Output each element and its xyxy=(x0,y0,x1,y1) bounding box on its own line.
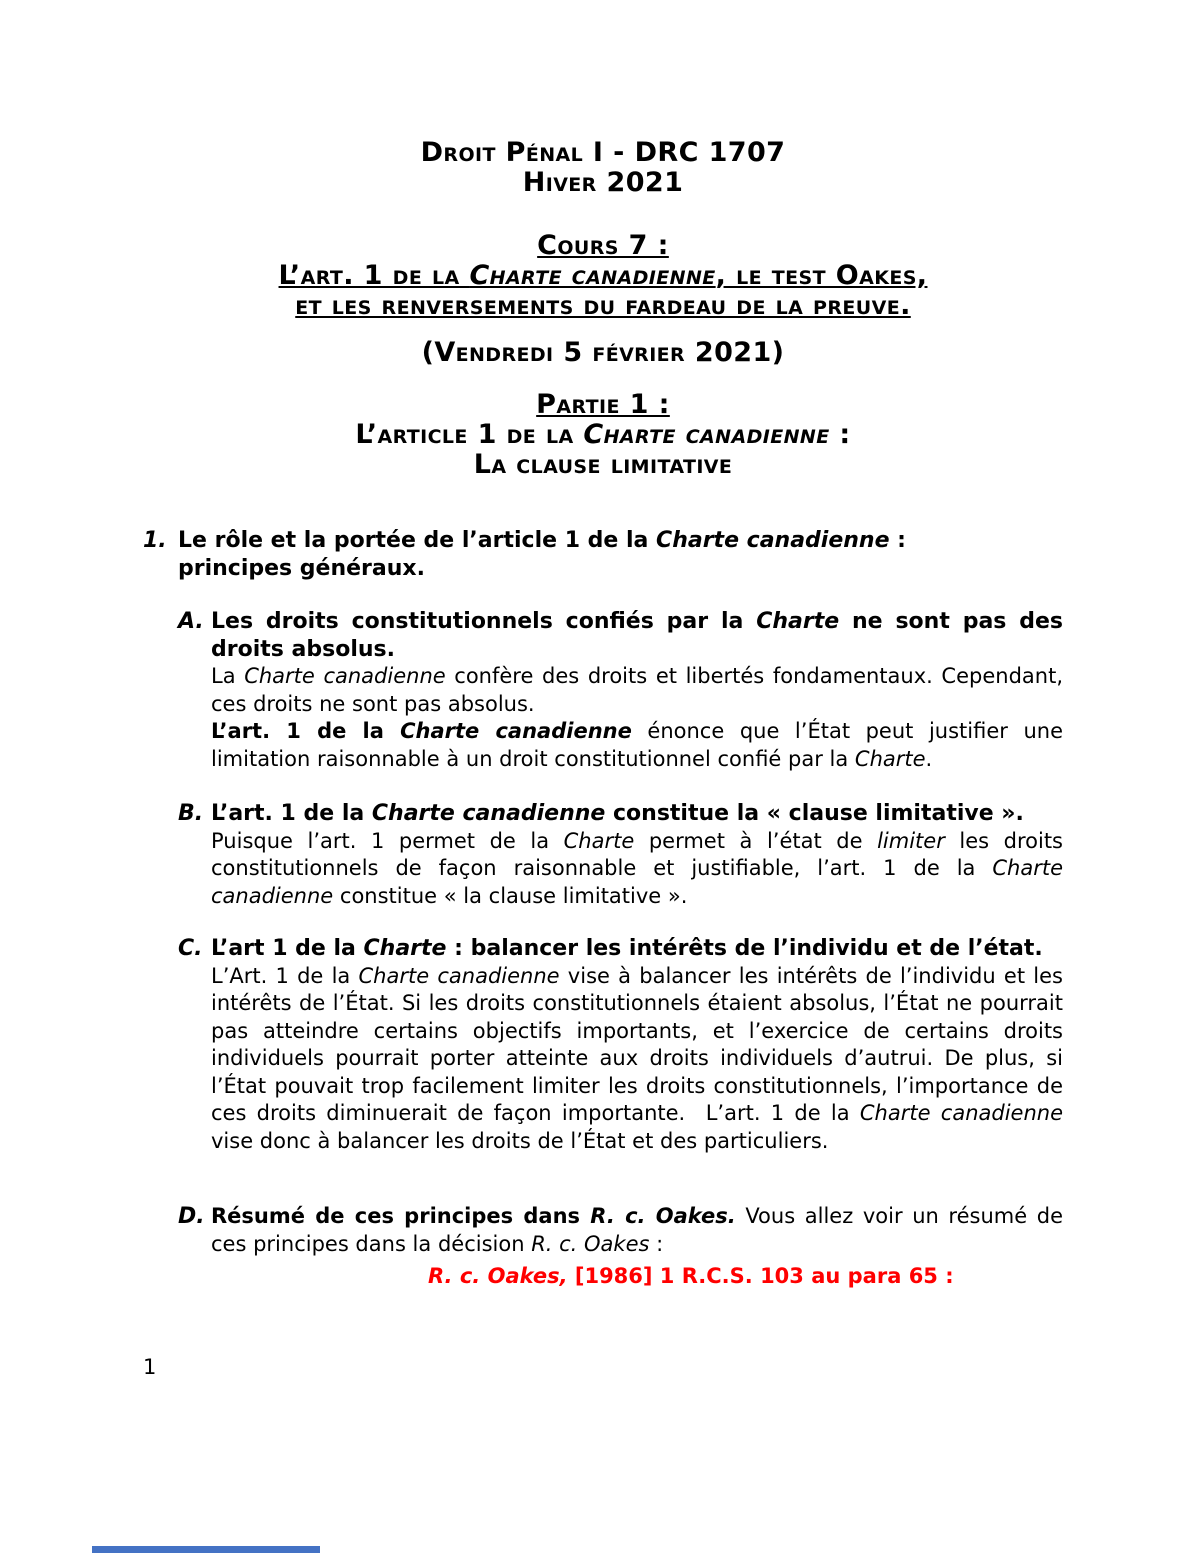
section-b-heading: L’art. 1 de la Charte canadienne constit… xyxy=(211,800,1063,828)
section-c-paragraph-1: L’Art. 1 de la Charte canadienne vise à … xyxy=(211,963,1063,1156)
section-b-paragraph-1: Puisque l’art. 1 permet de la Charte per… xyxy=(211,828,1063,911)
part-heading-line-3: La clause limitative xyxy=(143,450,1063,480)
part-heading-line-1: Partie 1 : xyxy=(143,390,1063,420)
section-b-marker: B. xyxy=(178,800,203,828)
section-d: D. Résumé de ces principes dans R. c. Oa… xyxy=(143,1203,1063,1258)
term-line: Hiver 2021 xyxy=(143,168,1063,198)
section-c-marker: C. xyxy=(178,935,203,963)
course-title: Droit Pénal I - DRC 1707 xyxy=(143,138,1063,168)
section-a-paragraph-1: La Charte canadienne confère des droits … xyxy=(211,663,1063,718)
section-a: A. Les droits constitutionnels confiés p… xyxy=(143,608,1063,773)
section-d-marker: D. xyxy=(178,1203,205,1231)
lecture-heading-line-2: L’art. 1 de la Charte canadienne, le tes… xyxy=(143,261,1063,291)
document-page: Droit Pénal I - DRC 1707 Hiver 2021 Cour… xyxy=(0,0,1200,1553)
section-a-marker: A. xyxy=(178,608,204,636)
section-d-paragraph-1: Résumé de ces principes dans R. c. Oakes… xyxy=(211,1203,1063,1258)
section-c-heading: L’art 1 de la Charte : balancer les inté… xyxy=(211,935,1063,963)
section-c: C. L’art 1 de la Charte : balancer les i… xyxy=(143,935,1063,1155)
part-heading-line-2: L’article 1 de la Charte canadienne : xyxy=(143,420,1063,450)
page-number: 1 xyxy=(143,1354,1063,1382)
date-line: (Vendredi 5 février 2021) xyxy=(143,338,1063,368)
numbered-item-1: 1. Le rôle et la portée de l’article 1 d… xyxy=(143,527,1063,582)
bottom-blue-bar xyxy=(92,1546,320,1553)
page-content: Droit Pénal I - DRC 1707 Hiver 2021 Cour… xyxy=(143,0,1063,1381)
lecture-heading-line-3: et les renversements du fardeau de la pr… xyxy=(143,291,1063,321)
numbered-item-1-marker: 1. xyxy=(143,527,167,555)
lecture-heading-line-1: Cours 7 : xyxy=(143,231,1063,261)
case-citation-red: R. c. Oakes, [1986] 1 R.C.S. 103 au para… xyxy=(428,1263,1063,1291)
numbered-item-1-heading: Le rôle et la portée de l’article 1 de l… xyxy=(178,527,1063,582)
section-a-heading: Les droits constitutionnels confiés par … xyxy=(211,608,1063,663)
section-b: B. L’art. 1 de la Charte canadienne cons… xyxy=(143,800,1063,910)
section-a-paragraph-2: L’art. 1 de la Charte canadienne énonce … xyxy=(211,718,1063,773)
